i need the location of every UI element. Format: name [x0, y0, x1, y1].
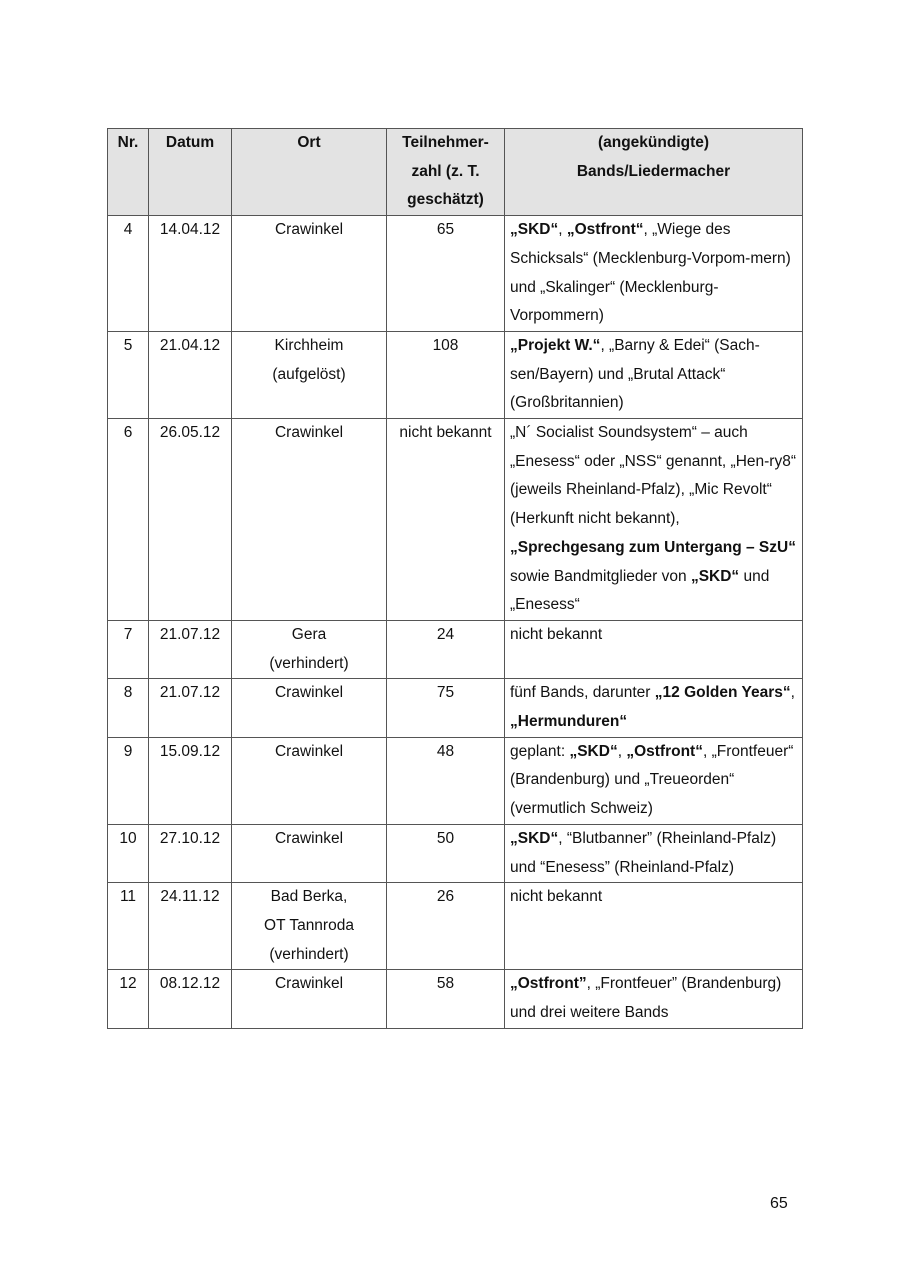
cell-nr: 4 — [108, 216, 149, 332]
table-row: 521.04.12Kirchheim(aufgelöst)108„Projekt… — [108, 331, 803, 418]
ort-line: Bad Berka, — [237, 883, 381, 912]
ort-line: Crawinkel — [237, 738, 381, 767]
cell-teilnehmerzahl: 50 — [387, 824, 505, 882]
cell-ort: Crawinkel — [232, 824, 387, 882]
band-name-bold: „Ostfront“ — [567, 221, 644, 238]
document-page: Nr. Datum Ort Teilnehmer- zahl (z. T. ge… — [0, 0, 900, 1272]
band-text: sowie Bandmitglieder von — [510, 568, 691, 585]
header-bands: (angekündigte) Bands/Liedermacher — [505, 129, 803, 216]
cell-nr: 5 — [108, 331, 149, 418]
ort-line: (aufgelöst) — [237, 361, 381, 390]
band-name-bold: „12 Golden Years“ — [655, 684, 791, 701]
cell-ort: Bad Berka,OT Tannroda(verhindert) — [232, 883, 387, 970]
ort-line: OT Tannroda — [237, 912, 381, 941]
band-text: nicht bekannt — [510, 626, 602, 643]
band-text: „N´ Socialist Soundsystem“ – auch „Enese… — [510, 424, 796, 527]
cell-datum: 08.12.12 — [149, 970, 232, 1028]
cell-ort: Kirchheim(aufgelöst) — [232, 331, 387, 418]
band-name-bold: „SKD“ — [691, 568, 739, 585]
cell-teilnehmerzahl: 75 — [387, 679, 505, 737]
cell-bands: „Ostfront”, „Frontfeuer” (Brandenburg) u… — [505, 970, 803, 1028]
cell-datum: 27.10.12 — [149, 824, 232, 882]
band-name-bold: „Sprechgesang zum Untergang – SzU“ — [510, 539, 796, 556]
cell-ort: Crawinkel — [232, 970, 387, 1028]
band-text: nicht bekannt — [510, 888, 602, 905]
band-text: , — [791, 684, 795, 701]
cell-datum: 14.04.12 — [149, 216, 232, 332]
table-row: 1027.10.12Crawinkel50„SKD“, “Blutbanner”… — [108, 824, 803, 882]
table-row: 626.05.12Crawinkelnicht bekannt„N´ Socia… — [108, 419, 803, 621]
cell-bands: geplant: „SKD“, „Ostfront“, „Frontfeuer“… — [505, 737, 803, 824]
header-line: zahl (z. T. — [392, 158, 499, 187]
cell-bands: nicht bekannt — [505, 620, 803, 678]
cell-datum: 21.07.12 — [149, 620, 232, 678]
cell-bands: fünf Bands, darunter „12 Golden Years“, … — [505, 679, 803, 737]
band-name-bold: „Ostfront” — [510, 975, 587, 992]
ort-line: Crawinkel — [237, 825, 381, 854]
cell-bands: „SKD“, “Blutbanner” (Rheinland-Pfalz) un… — [505, 824, 803, 882]
band-name-bold: „Ostfront“ — [626, 743, 703, 760]
cell-ort: Gera(verhindert) — [232, 620, 387, 678]
cell-bands: „SKD“, „Ostfront“, „Wiege des Schicksals… — [505, 216, 803, 332]
band-text: fünf Bands, darunter — [510, 684, 655, 701]
header-datum: Datum — [149, 129, 232, 216]
header-line: (angekündigte) — [510, 129, 797, 158]
cell-datum: 21.04.12 — [149, 331, 232, 418]
cell-ort: Crawinkel — [232, 737, 387, 824]
cell-ort: Crawinkel — [232, 679, 387, 737]
cell-nr: 12 — [108, 970, 149, 1028]
ort-line: (verhindert) — [237, 941, 381, 970]
ort-line: Kirchheim — [237, 332, 381, 361]
cell-datum: 15.09.12 — [149, 737, 232, 824]
cell-nr: 7 — [108, 620, 149, 678]
cell-teilnehmerzahl: 26 — [387, 883, 505, 970]
cell-teilnehmerzahl: 65 — [387, 216, 505, 332]
cell-teilnehmerzahl: 58 — [387, 970, 505, 1028]
table-row: 414.04.12Crawinkel65„SKD“, „Ostfront“, „… — [108, 216, 803, 332]
table-row: 1208.12.12Crawinkel58„Ostfront”, „Frontf… — [108, 970, 803, 1028]
table-header-row: Nr. Datum Ort Teilnehmer- zahl (z. T. ge… — [108, 129, 803, 216]
header-teilnehmerzahl: Teilnehmer- zahl (z. T. geschätzt) — [387, 129, 505, 216]
cell-nr: 9 — [108, 737, 149, 824]
page-number: 65 — [770, 1195, 788, 1213]
table-row: 721.07.12Gera(verhindert)24nicht bekannt — [108, 620, 803, 678]
band-name-bold: „Projekt W.“ — [510, 337, 600, 354]
cell-nr: 8 — [108, 679, 149, 737]
header-ort: Ort — [232, 129, 387, 216]
table-row: 1124.11.12Bad Berka,OT Tannroda(verhinde… — [108, 883, 803, 970]
header-line: geschätzt) — [392, 186, 499, 215]
cell-nr: 11 — [108, 883, 149, 970]
cell-teilnehmerzahl: nicht bekannt — [387, 419, 505, 621]
cell-teilnehmerzahl: 48 — [387, 737, 505, 824]
band-name-bold: „SKD“ — [510, 221, 558, 238]
ort-line: Crawinkel — [237, 970, 381, 999]
table-body: 414.04.12Crawinkel65„SKD“, „Ostfront“, „… — [108, 216, 803, 1029]
band-name-bold: „Hermunduren“ — [510, 713, 627, 730]
ort-line: (verhindert) — [237, 650, 381, 679]
cell-teilnehmerzahl: 24 — [387, 620, 505, 678]
concert-events-table: Nr. Datum Ort Teilnehmer- zahl (z. T. ge… — [107, 128, 803, 1029]
cell-nr: 6 — [108, 419, 149, 621]
ort-line: Crawinkel — [237, 419, 381, 448]
cell-datum: 26.05.12 — [149, 419, 232, 621]
cell-bands: nicht bekannt — [505, 883, 803, 970]
band-text: , — [558, 221, 567, 238]
cell-ort: Crawinkel — [232, 216, 387, 332]
cell-bands: „N´ Socialist Soundsystem“ – auch „Enese… — [505, 419, 803, 621]
table-row: 821.07.12Crawinkel75fünf Bands, darunter… — [108, 679, 803, 737]
cell-teilnehmerzahl: 108 — [387, 331, 505, 418]
cell-nr: 10 — [108, 824, 149, 882]
ort-line: Crawinkel — [237, 679, 381, 708]
band-name-bold: „SKD“ — [569, 743, 617, 760]
band-text: geplant: — [510, 743, 569, 760]
cell-bands: „Projekt W.“, „Barny & Edei“ (Sach-sen/B… — [505, 331, 803, 418]
cell-datum: 21.07.12 — [149, 679, 232, 737]
ort-line: Gera — [237, 621, 381, 650]
cell-datum: 24.11.12 — [149, 883, 232, 970]
header-nr: Nr. — [108, 129, 149, 216]
header-line: Teilnehmer- — [392, 129, 499, 158]
table-row: 915.09.12Crawinkel48geplant: „SKD“, „Ost… — [108, 737, 803, 824]
cell-ort: Crawinkel — [232, 419, 387, 621]
ort-line: Crawinkel — [237, 216, 381, 245]
header-line: Bands/Liedermacher — [510, 158, 797, 187]
band-name-bold: „SKD“ — [510, 830, 558, 847]
